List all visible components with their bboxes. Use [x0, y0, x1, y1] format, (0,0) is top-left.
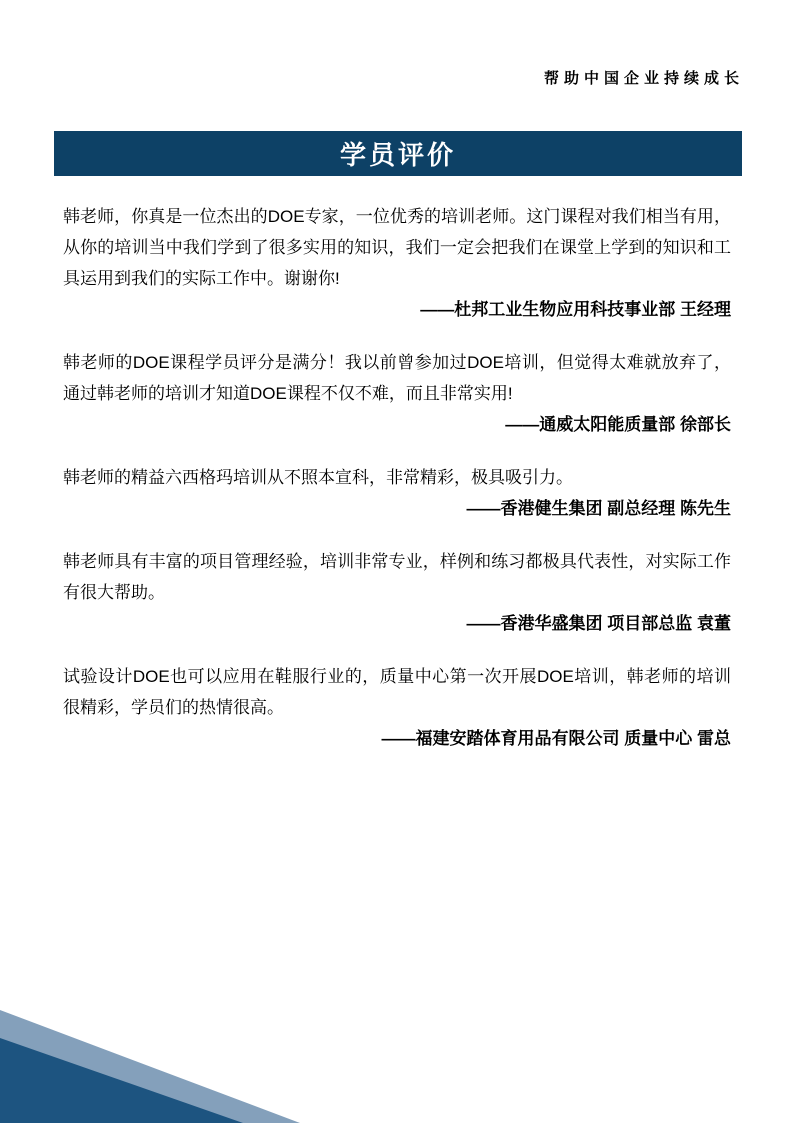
section-banner: 学员评价: [54, 131, 742, 176]
section-title: 学员评价: [340, 135, 456, 172]
testimonial-attribution: ——香港健生集团 副总经理 陈先生: [63, 493, 731, 524]
footer-decoration: [0, 1010, 300, 1123]
testimonial-attribution: ——杜邦工业生物应用科技事业部 王经理: [63, 294, 731, 325]
header-slogan: 帮助中国企业持续成长: [544, 67, 744, 88]
testimonial-quote: 韩老师具有丰富的项目管理经验，培训非常专业，样例和练习都极具代表性，对实际工作有…: [63, 546, 731, 608]
testimonial-quote: 试验设计DOE也可以应用在鞋服行业的，质量中心第一次开展DOE培训，韩老师的培训…: [63, 661, 731, 723]
testimonial: 试验设计DOE也可以应用在鞋服行业的，质量中心第一次开展DOE培训，韩老师的培训…: [63, 661, 731, 754]
testimonial: 韩老师的精益六西格玛培训从不照本宣科，非常精彩，极具吸引力。 ——香港健生集团 …: [63, 462, 731, 524]
testimonial-quote: 韩老师的DOE课程学员评分是满分！我以前曾参加过DOE培训，但觉得太难就放弃了，…: [63, 347, 731, 409]
testimonial-list: 韩老师，你真是一位杰出的DOE专家，一位优秀的培训老师。这门课程对我们相当有用，…: [63, 176, 731, 776]
document-page: 帮助中国企业持续成长 学员评价 韩老师，你真是一位杰出的DOE专家，一位优秀的培…: [0, 0, 794, 1123]
testimonial-quote: 韩老师，你真是一位杰出的DOE专家，一位优秀的培训老师。这门课程对我们相当有用，…: [63, 201, 731, 294]
testimonial: 韩老师的DOE课程学员评分是满分！我以前曾参加过DOE培训，但觉得太难就放弃了，…: [63, 347, 731, 440]
testimonial: 韩老师具有丰富的项目管理经验，培训非常专业，样例和练习都极具代表性，对实际工作有…: [63, 546, 731, 639]
footer-triangle-dark-icon: [0, 1038, 243, 1123]
testimonial-quote: 韩老师的精益六西格玛培训从不照本宣科，非常精彩，极具吸引力。: [63, 462, 731, 493]
testimonial: 韩老师，你真是一位杰出的DOE专家，一位优秀的培训老师。这门课程对我们相当有用，…: [63, 201, 731, 325]
testimonial-attribution: ——福建安踏体育用品有限公司 质量中心 雷总: [63, 723, 731, 754]
testimonial-attribution: ——通威太阳能质量部 徐部长: [63, 409, 731, 440]
testimonial-attribution: ——香港华盛集团 项目部总监 袁董: [63, 608, 731, 639]
